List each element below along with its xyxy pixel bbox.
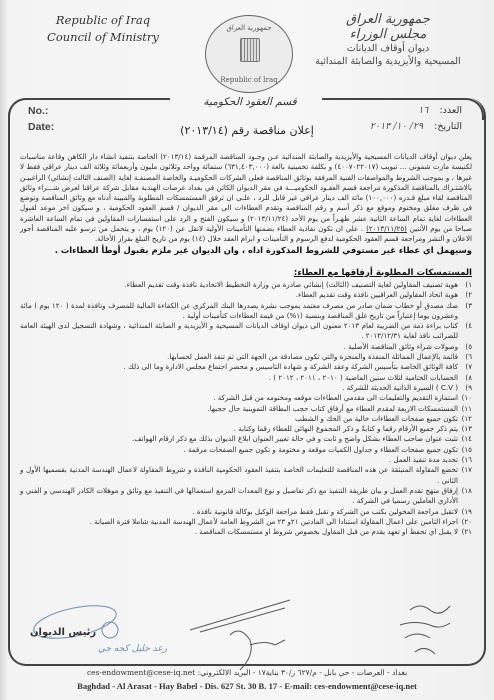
requirement-item: ٥)وصولات شراء وثائق المناقصة الأصلية . (20, 342, 472, 352)
requirement-item: ١١)المستمسكات الاربعة لمقدم العطاء مع أر… (20, 404, 472, 414)
requirement-item: ١)هوية تصنيف المقاولين لغاية التصنيف (ال… (20, 280, 472, 290)
requirement-item: ٢٠)اجراء التامين على اعمال المقاولة استن… (20, 517, 472, 527)
requirement-item: ١٦)تحديد مدة تنفيذ العمل . (20, 455, 472, 465)
requirement-item: ١٩)لاتقبل مراجعة المخولين بكتب من الشركة… (20, 507, 472, 517)
requirement-item: ٦)قائمة بالإعمال المماثلة المنفذة والمنج… (20, 352, 472, 362)
requirement-item: ٨)الحسابات الختامية لثلاث سنين الماضية (… (20, 373, 472, 383)
requirement-item: ٢١)لا يقبل اي تحفظ او تعهد يقدم من قبل ا… (20, 527, 472, 537)
footer-address-english: Baghdad - Al Arasat - Hay Babel - Dis. 6… (0, 681, 494, 691)
iraq-seal-emblem: جمهورية العراق Republic of Iraq (205, 15, 293, 93)
ar-number-label: العدد: (439, 105, 462, 116)
requirement-item: ١٠)استمارة التقديم والتعليمات الى مقدمي … (20, 393, 472, 403)
announcement-paragraph: يعلن ديوان أوقاف الديانات المسيحية والأي… (20, 152, 472, 245)
requirements-heading: المستمسكات المطلوبة أرفاقها مع العطاء: (20, 268, 472, 278)
eagle-emblem-icon (240, 38, 260, 62)
ar-number-row: العدد: ١٦ (370, 103, 462, 119)
requirement-item: ٧)كافة الوثائق الخاصة بتأسيس الشركة وعقد… (20, 362, 472, 372)
requirement-item: ٢)هوية اتحاد المقاولين العراقيين نافذة و… (20, 290, 472, 300)
requirement-item: ٤)كتاب براءة ذمة من الضريبة لعام ٢٠١٣ مع… (20, 321, 472, 342)
signatory-title: رئيس الديوان (30, 627, 96, 638)
requirement-item: ١٤)تثبت عنوان صاحب العطاء بشكل واضح و ثا… (20, 434, 472, 444)
requirement-item: ١٥)تكون جميع صفحات العطاء و جداول الكميا… (20, 445, 472, 455)
header-diwan-ar: ديوان أوقاف الديانات (308, 42, 468, 55)
handwritten-signatures-icon (0, 580, 494, 670)
requirement-item: ٩)( C.V ) السيرة الذاتية الحديثة للشركة … (20, 383, 472, 393)
requirement-item: ١٨)إرفاق منهج تقدم العمل و بيان طريقة ال… (20, 486, 472, 507)
header-arabic: جمهورية العراق مجلس الوزراء ديوان أوقاف … (308, 12, 468, 68)
requirement-item: ١٣)يتم ذكر جميع الأرقام رقما و كتابةً و … (20, 424, 472, 434)
requirement-item: ١٧)تخضع المقاولة المنبثقة عن هذه المناقص… (20, 465, 472, 486)
header-country-en: Republic of Iraq (38, 12, 168, 29)
document-page: Republic of Iraq Council of Ministry جمه… (0, 0, 494, 700)
footer-address-arabic: بغداد - العرصات - حي بابل - م/٦٢٧ ز/٣٠ ب… (0, 668, 494, 677)
seal-top-text: جمهورية العراق (206, 24, 292, 32)
announcement-text: يعلن ديوان أوقاف الديانات المسيحية والأي… (20, 152, 472, 233)
header-council-en: Council of Ministry (38, 29, 168, 46)
requirement-item: ٣)صك مصدق أو خطاب ضمان صادر من مصرف معتم… (20, 301, 472, 322)
warning-statement: وسيهمل اي عطاء غير مستوفي للشروط المذكور… (20, 245, 472, 256)
ar-number-value: ١٦ (418, 105, 428, 116)
requirement-item: ١٢)تكون جميع صفحات العطاءات خالية من الح… (20, 414, 472, 424)
header-council-ar: مجلس الوزراء (308, 27, 468, 42)
number-label: No.: (28, 103, 54, 119)
document-body: يعلن ديوان أوقاف الديانات المسيحية والأي… (20, 152, 472, 537)
tender-title: إعلان مناقصة رقم (٢٠١٣/١٤) (0, 124, 494, 137)
header-english: Republic of Iraq Council of Ministry (38, 12, 168, 46)
header-religions-ar: المسيحية والأيزيدية والصابئة المندائية (308, 55, 468, 68)
signatory-name: رعد جليل كجه جي (98, 644, 167, 654)
header-country-ar: جمهورية العراق (308, 12, 468, 27)
requirements-list: ١)هوية تصنيف المقاولين لغاية التصنيف (ال… (20, 280, 472, 537)
seal-bottom-text: Republic of Iraq (206, 76, 292, 84)
opening-date: (٢٠١٣/١١/٢٥) (366, 224, 407, 233)
